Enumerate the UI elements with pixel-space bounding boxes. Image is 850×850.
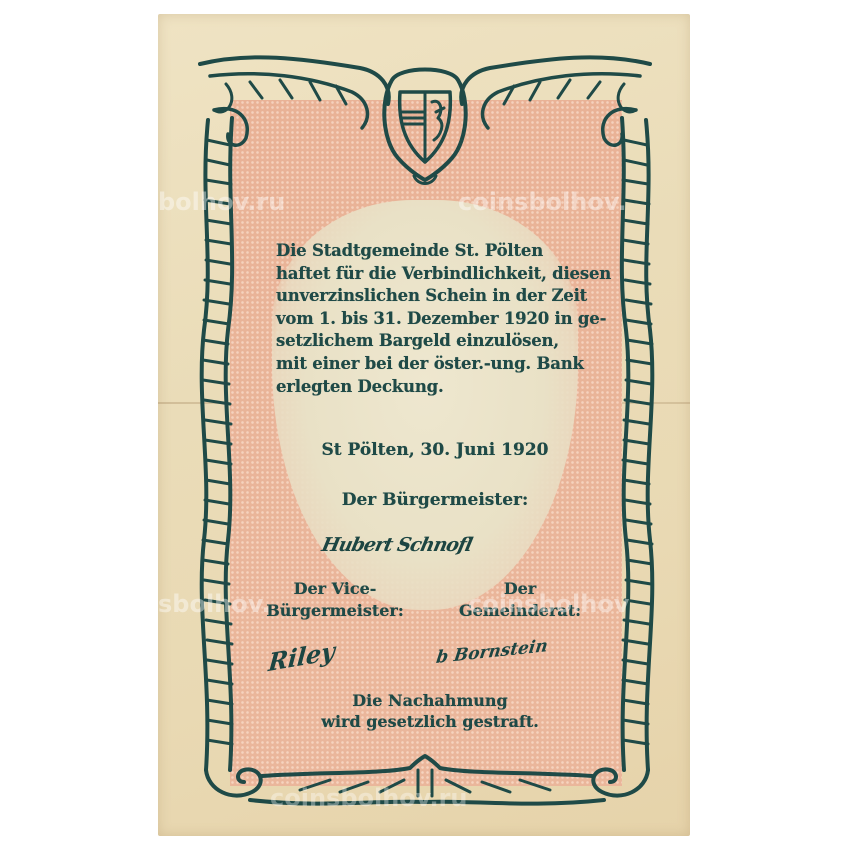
- vice-mayor-title: Der Vice- Bürgermeister:: [250, 578, 420, 622]
- council-title-line: Gemeinderat:: [445, 600, 595, 622]
- mayor-title: Der Bürgermeister:: [300, 490, 570, 510]
- clause-line: setzlichem Bargeld einzulösen,: [276, 330, 606, 353]
- warning-line: wird gesetzlich gestraft.: [300, 711, 560, 732]
- warning-line: Die Nachahmung: [300, 690, 560, 711]
- clause-line: Die Stadtgemeinde St. Pölten: [276, 240, 606, 263]
- clause-line: haftet für die Verbindlichkeit, diesen: [276, 263, 606, 286]
- clause-line: unverzinslichen Schein in der Zeit: [276, 285, 606, 308]
- clause-line: mit einer bei der öster.-ung. Bank: [276, 353, 606, 376]
- council-title-line: Der: [445, 578, 595, 600]
- vice-mayor-title-line: Der Vice-: [250, 578, 420, 600]
- clause-line: erlegten Deckung.: [276, 376, 606, 399]
- vice-mayor-title-line: Bürgermeister:: [250, 600, 420, 622]
- clause-line: vom 1. bis 31. Dezember 1920 in ge-: [276, 308, 606, 331]
- council-title: Der Gemeinderat:: [445, 578, 595, 622]
- place-date: St Pölten, 30. Juni 1920: [300, 440, 570, 460]
- counterfeit-warning: Die Nachahmung wird gesetzlich gestraft.: [300, 690, 560, 732]
- mayor-signature: Hubert Schnofl: [320, 534, 474, 556]
- redemption-clause: Die Stadtgemeinde St. Pölten haftet für …: [276, 240, 606, 398]
